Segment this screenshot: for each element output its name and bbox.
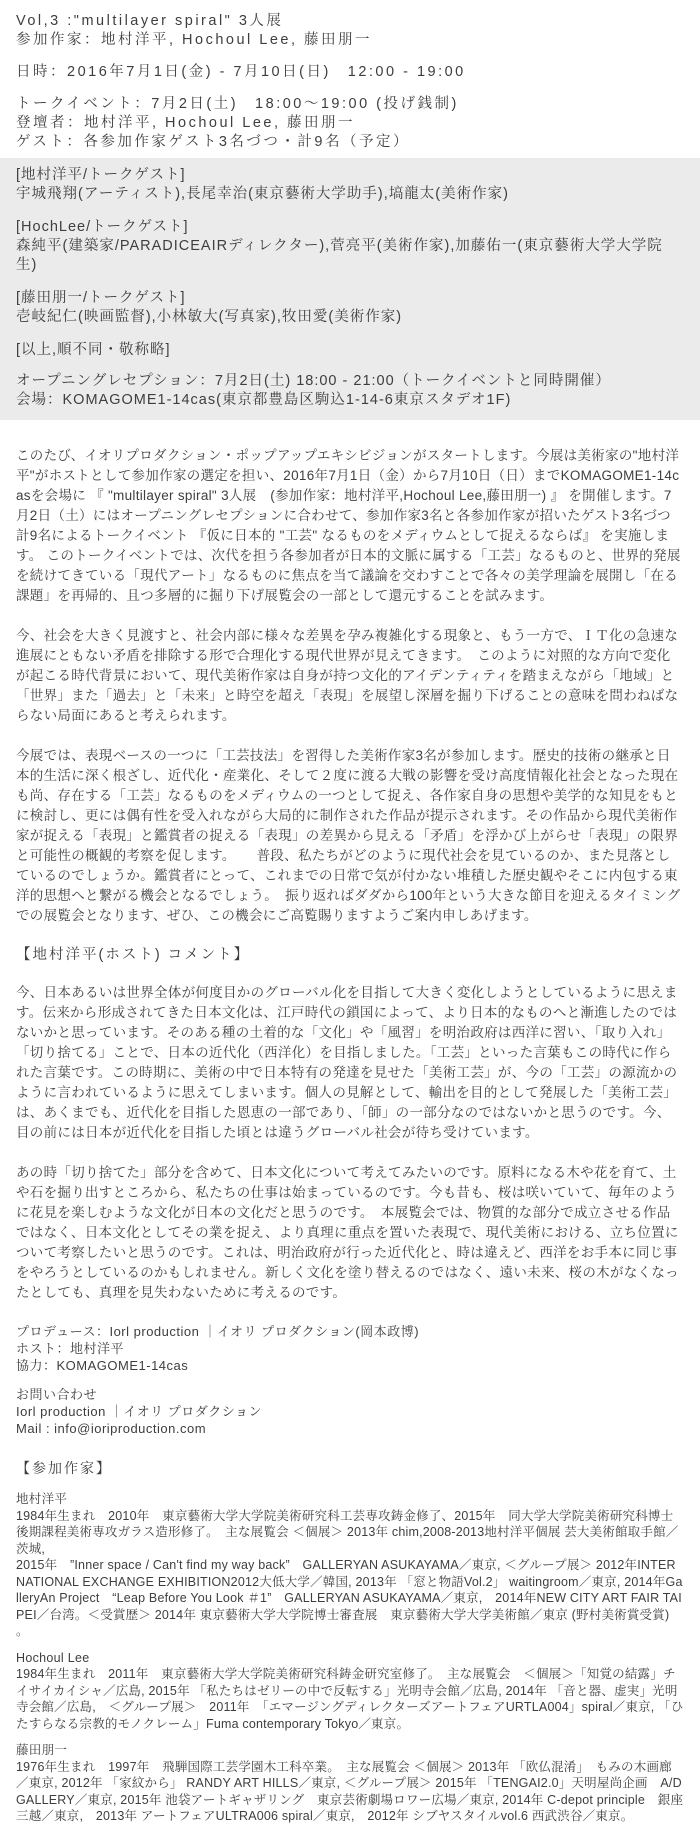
guests-line: ゲスト：各参加作家ゲスト3名づつ・計9名（予定）: [16, 133, 684, 152]
guest-group: [HochLee/トークゲスト] 森純平(建築家/PARADICEAIRディレク…: [16, 218, 684, 275]
spacer: [16, 1374, 684, 1386]
spacer: [16, 50, 684, 63]
artist-bio-text: 1984年生まれ 2010年 東京藝術大学大学院美術研究科工芸専攻鋳金修了、20…: [16, 1508, 684, 1558]
artist-bio: Hochoul Lee 1984年生まれ 2011年 東京藝術大学大学院美術研究…: [16, 1650, 684, 1733]
contact-heading: お問い合わせ: [16, 1386, 684, 1403]
artist-bio: 地村洋平 1984年生まれ 2010年 東京藝術大学大学院美術研究科工芸専攻鋳金…: [16, 1491, 684, 1640]
participating-artists-line: 参加作家：地村洋平, Hochoul Lee, 藤田朋一: [16, 31, 684, 50]
guest-group: [藤田朋一/トークゲスト] 壱岐紀仁(映画監督),小林敏大(写真家),牧田愛(美…: [16, 289, 684, 327]
reception-line: オープニングレセプション：7月2日(土) 18:00 - 21:00（トークイベ…: [16, 372, 684, 391]
host-comment-heading: 【地村洋平(ホスト) コメント】: [16, 946, 684, 965]
host-line: ホスト：地村洋平: [16, 1340, 684, 1357]
guest-group-label: [藤田朋一/トークゲスト]: [16, 289, 684, 308]
press-release-body: このたび、イオリプロダクション・ポップアップエキシビジョンがスタートします。今展…: [16, 446, 684, 1825]
header-block: Vol,3 :"multilayer spiral" 3人展 参加作家：地村洋平…: [16, 12, 684, 152]
guest-group-names: 壱岐紀仁(映画監督),小林敏大(写真家),牧田愛(美術作家): [16, 308, 684, 327]
talk-event-line: トークイベント：7月2日(土) 18:00〜19:00 (投げ銭制): [16, 95, 684, 114]
contact-name-line: Iorl production ｜イオリ プロダクション: [16, 1403, 684, 1420]
contact-mail-line: Mail : info@ioriproduction.com: [16, 1420, 684, 1437]
artist-bio-text: 1984年生まれ 2011年 東京藝術大学大学院美術研究科鋳金研究室修了。 主な…: [16, 1666, 684, 1732]
artist-bio: 藤田朋一 1976年生まれ 1997年 飛騨国際工芸学園木工科卒業。 主な展覧会…: [16, 1742, 684, 1825]
reception-block: オープニングレセプション：7月2日(土) 18:00 - 21:00（トークイベ…: [16, 372, 684, 410]
artist-bio-text: 1976年生まれ 1997年 飛騨国際工芸学園木工科卒業。 主な展覧会 ＜個展＞…: [16, 1759, 684, 1825]
intro-paragraph: 今展では、表現ベースの一つに「工芸技法」を習得した美術作家3名が参加します。歴史…: [16, 746, 684, 926]
artist-name: Hochoul Lee: [16, 1650, 684, 1667]
exhibition-announcement-page: Vol,3 :"multilayer spiral" 3人展 参加作家：地村洋平…: [0, 0, 700, 1830]
participants-heading: 【参加作家】: [16, 1459, 684, 1477]
produce-line: プロデュース：Iorl production ｜イオリ プロダクション(岡本政博…: [16, 1323, 684, 1340]
spacer: [16, 82, 684, 95]
artist-bio-text: 2015年 ”Inner space / Can't find my way b…: [16, 1557, 684, 1640]
guest-order-note: [以上,順不同・敬称略]: [16, 341, 684, 360]
speakers-line: 登壇者：地村洋平, Hochoul Lee, 藤田朋一: [16, 114, 684, 133]
dates-line: 日時：2016年7月1日(金) - 7月10日(日) 12:00 - 19:00: [16, 63, 684, 82]
artist-name: 地村洋平: [16, 1491, 684, 1508]
credits-block: プロデュース：Iorl production ｜イオリ プロダクション(岡本政博…: [16, 1323, 684, 1437]
guest-group-names: 宇城飛翔(アーティスト),長尾幸治(東京藝術大学助手),塙龍太(美術作家): [16, 185, 684, 204]
guest-group-label: [HochLee/トークゲスト]: [16, 218, 684, 237]
guest-group-label: [地村洋平/トークゲスト]: [16, 166, 684, 185]
guest-group-names: 森純平(建築家/PARADICEAIRディレクター),菅亮平(美術作家),加藤佑…: [16, 237, 684, 275]
host-comment-paragraph: あの時「切り捨てた」部分を含めて、日本文化について考えてみたいのです。原料になる…: [16, 1163, 684, 1303]
host-comment-paragraph: 今、日本あるいは世界全体が何度目かのグローバル化を目指して大きく変化しようとして…: [16, 983, 684, 1143]
page-title: Vol,3 :"multilayer spiral" 3人展: [16, 12, 684, 31]
guest-group: [地村洋平/トークゲスト] 宇城飛翔(アーティスト),長尾幸治(東京藝術大学助手…: [16, 166, 684, 204]
artist-name: 藤田朋一: [16, 1742, 684, 1759]
intro-paragraph: 今、社会を大きく見渡すと、社会内部に様々な差異を孕み複雑化する現象と、もう一方で…: [16, 626, 684, 726]
talk-guests-box: [地村洋平/トークゲスト] 宇城飛翔(アーティスト),長尾幸治(東京藝術大学助手…: [0, 158, 700, 420]
support-line: 協力：KOMAGOME1-14cas: [16, 1357, 684, 1374]
intro-paragraph: このたび、イオリプロダクション・ポップアップエキシビジョンがスタートします。今展…: [16, 446, 684, 606]
venue-line: 会場：KOMAGOME1-14cas(東京都豊島区駒込1-14-6東京スタデオ1…: [16, 391, 684, 410]
